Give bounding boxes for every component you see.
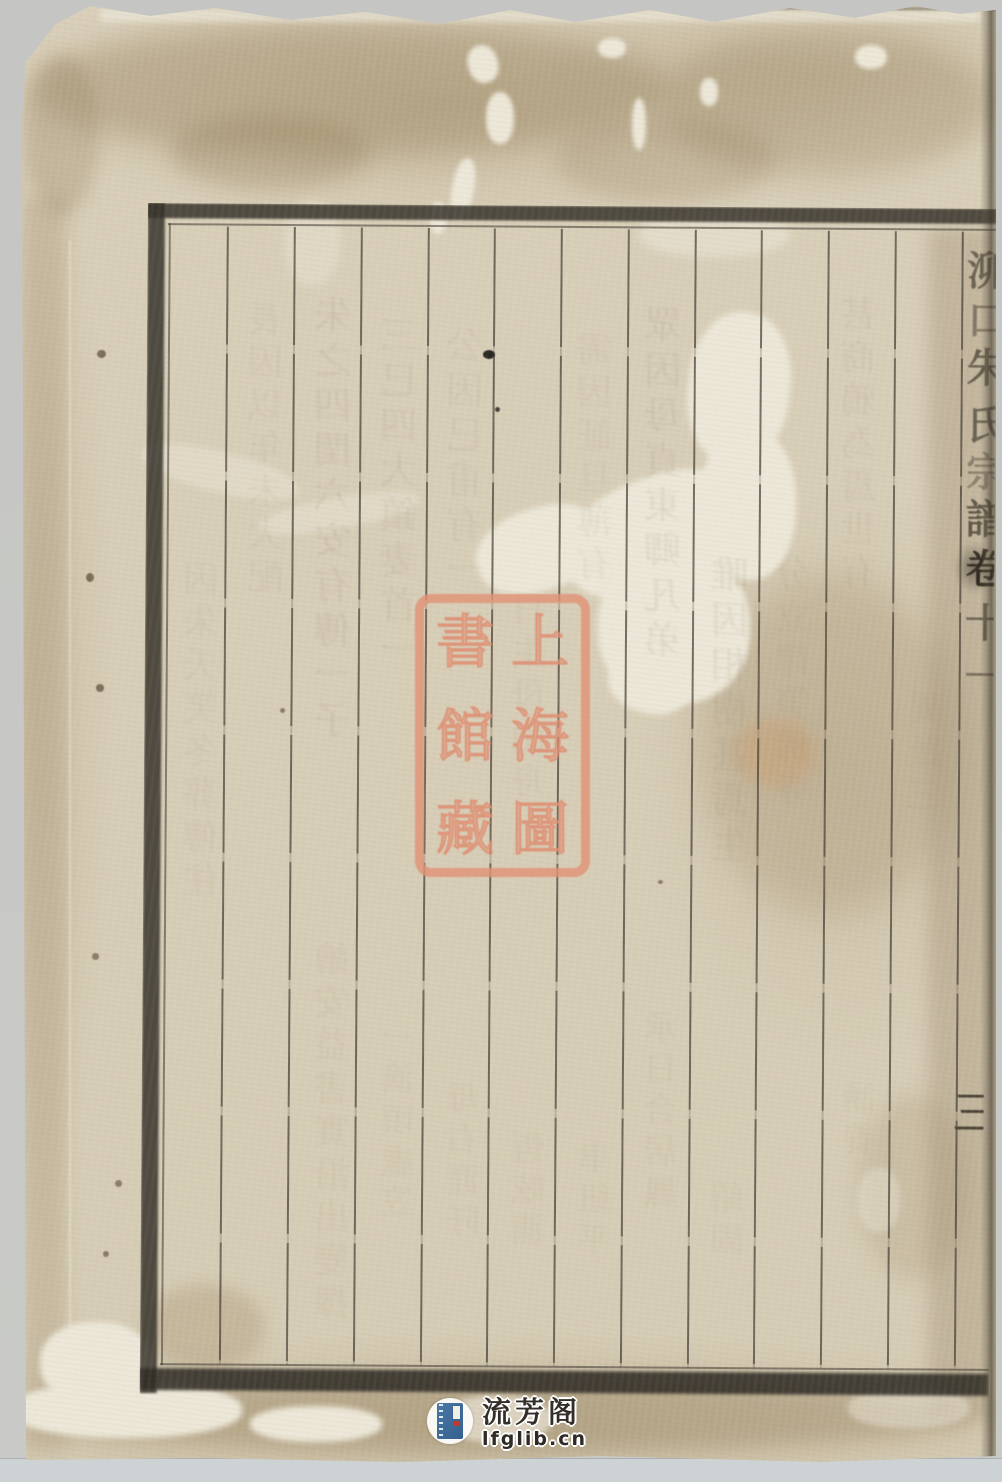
seal-column-left: 書館藏	[436, 613, 494, 858]
torn-top-edge-highlight	[100, 9, 980, 22]
wormhole	[97, 350, 106, 358]
wormhole	[92, 953, 99, 960]
column-rule	[219, 227, 229, 1365]
stain-top-band-right	[660, 28, 990, 178]
watermark-site-url: lfglib.cn	[482, 1430, 587, 1449]
seal-character: 上	[511, 613, 569, 671]
seal-character: 藏	[436, 800, 494, 858]
wormhole	[483, 350, 495, 359]
frame-border-top	[148, 203, 997, 224]
column-rule	[954, 232, 964, 1370]
watermark-site-name: 流芳阁	[482, 1398, 587, 1427]
stain-top-left-margin	[24, 55, 99, 215]
seal-character: 書	[436, 613, 494, 671]
book-title-label	[453, 1406, 460, 1419]
wormhole	[103, 1251, 109, 1257]
stain-left-margin	[24, 200, 66, 1450]
book-binding-stitches	[439, 1404, 443, 1438]
seal-character: 圖	[511, 800, 569, 858]
wormhole	[658, 880, 663, 884]
seal-character: 館	[436, 707, 494, 765]
paper-top-edge-line	[350, 4, 1000, 10]
column-rule	[353, 227, 363, 1365]
flake-spot	[464, 42, 503, 86]
flake-bottom	[40, 1322, 152, 1404]
frame-inner-line-top	[168, 223, 997, 231]
watermark-badge	[427, 1398, 473, 1444]
column-rule	[687, 230, 697, 1368]
book-seal-dot	[454, 1421, 459, 1426]
page-fold-shadow	[980, 8, 998, 1458]
seal-column-right: 上海圖	[511, 613, 569, 858]
thread-bound-book-icon	[437, 1403, 463, 1439]
wormhole	[495, 407, 500, 412]
column-rule	[887, 231, 897, 1369]
watermark-text: 流芳阁 lfglib.cn	[482, 1398, 587, 1449]
column-rule	[286, 227, 296, 1365]
wormhole	[280, 708, 285, 713]
stain-blotch	[170, 115, 370, 190]
flake-spot	[486, 92, 514, 144]
scanned-page: 泖口朱氏宗譜卷十一 三 因朱夭笑冬葬傳住長因以年未大配朱之四閏六安有傳一子繪安益…	[0, 0, 1002, 1482]
flake-spot	[598, 38, 626, 58]
library-seal: 上海圖 書館藏	[415, 594, 590, 877]
flake-spot	[632, 98, 646, 150]
wormhole	[86, 573, 94, 582]
flake-spot	[700, 78, 718, 106]
paper-sheet: 泖口朱氏宗譜卷十一 三 因朱夭笑冬葬傳住長因以年未大配朱之四閏六安有傳一子繪安益…	[0, 0, 1002, 1482]
wormhole	[96, 684, 104, 692]
frame-border-bottom	[140, 1368, 989, 1396]
scanner-background-strip	[0, 1458, 1002, 1482]
column-rule	[620, 229, 630, 1367]
seal-character: 海	[511, 707, 569, 765]
stain-top-band	[30, 22, 670, 157]
inner-sheet-edge	[69, 240, 71, 1390]
column-rule	[753, 230, 763, 1368]
stain-blotch	[555, 118, 775, 203]
wormhole	[115, 1180, 122, 1187]
flake-spot	[855, 45, 887, 69]
column-rule	[820, 231, 830, 1369]
flake-bottom	[250, 1406, 382, 1442]
site-watermark: 流芳阁 lfglib.cn	[427, 1398, 587, 1449]
